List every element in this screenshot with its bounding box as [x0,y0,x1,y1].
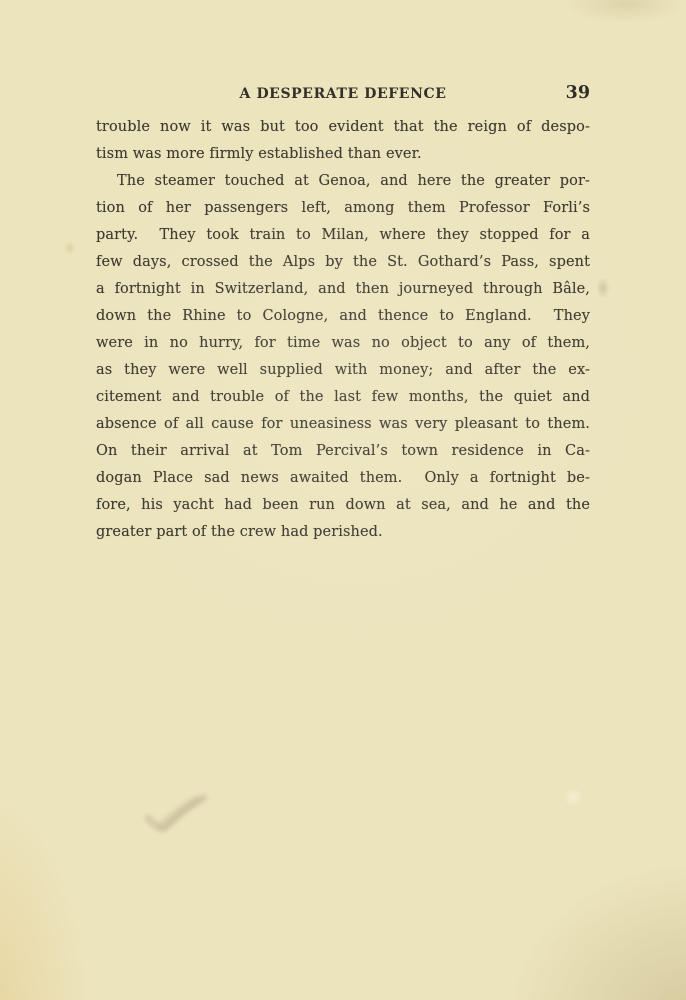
text-line: greater part of the crew had perished. [96,519,590,546]
text-line: as they were well supplied with money; a… [96,357,590,384]
text-line: trouble now it was but too evident that … [96,114,590,141]
chapter-title: A DESPERATE DEFENCE [240,86,447,102]
text-line: citement and trouble of the last few mon… [96,384,590,411]
pencil-smudge-checkmark [138,788,222,846]
page-number: 39 [566,83,590,103]
text-line: a fortnight in Switzerland, and then jou… [96,276,590,303]
text-line: party. They took train to Milan, where t… [96,222,590,249]
text-line: On their arrival at Tom Percival’s town … [96,438,590,465]
text-line: dogan Place sad news awaited them. Only … [96,465,590,492]
running-head: A DESPERATE DEFENCE 39 [96,80,590,102]
text-line: tion of her passengers left, among them … [96,195,590,222]
text-line: few days, crossed the Alps by the St. Go… [96,249,590,276]
text-line: fore, his yacht had been run down at sea… [96,492,590,519]
text-line: down the Rhine to Cologne, and thence to… [96,303,590,330]
text-line: The steamer touched at Genoa, and here t… [96,168,590,195]
text-line: were in no hurry, for time was no object… [96,330,590,357]
text-line: absence of all cause for uneasiness was … [96,411,590,438]
text-block: trouble now it was but too evident that … [96,114,590,546]
book-page-scan: A DESPERATE DEFENCE 39 trouble now it wa… [0,0,686,1000]
text-line: tism was more firmly established than ev… [96,141,590,168]
